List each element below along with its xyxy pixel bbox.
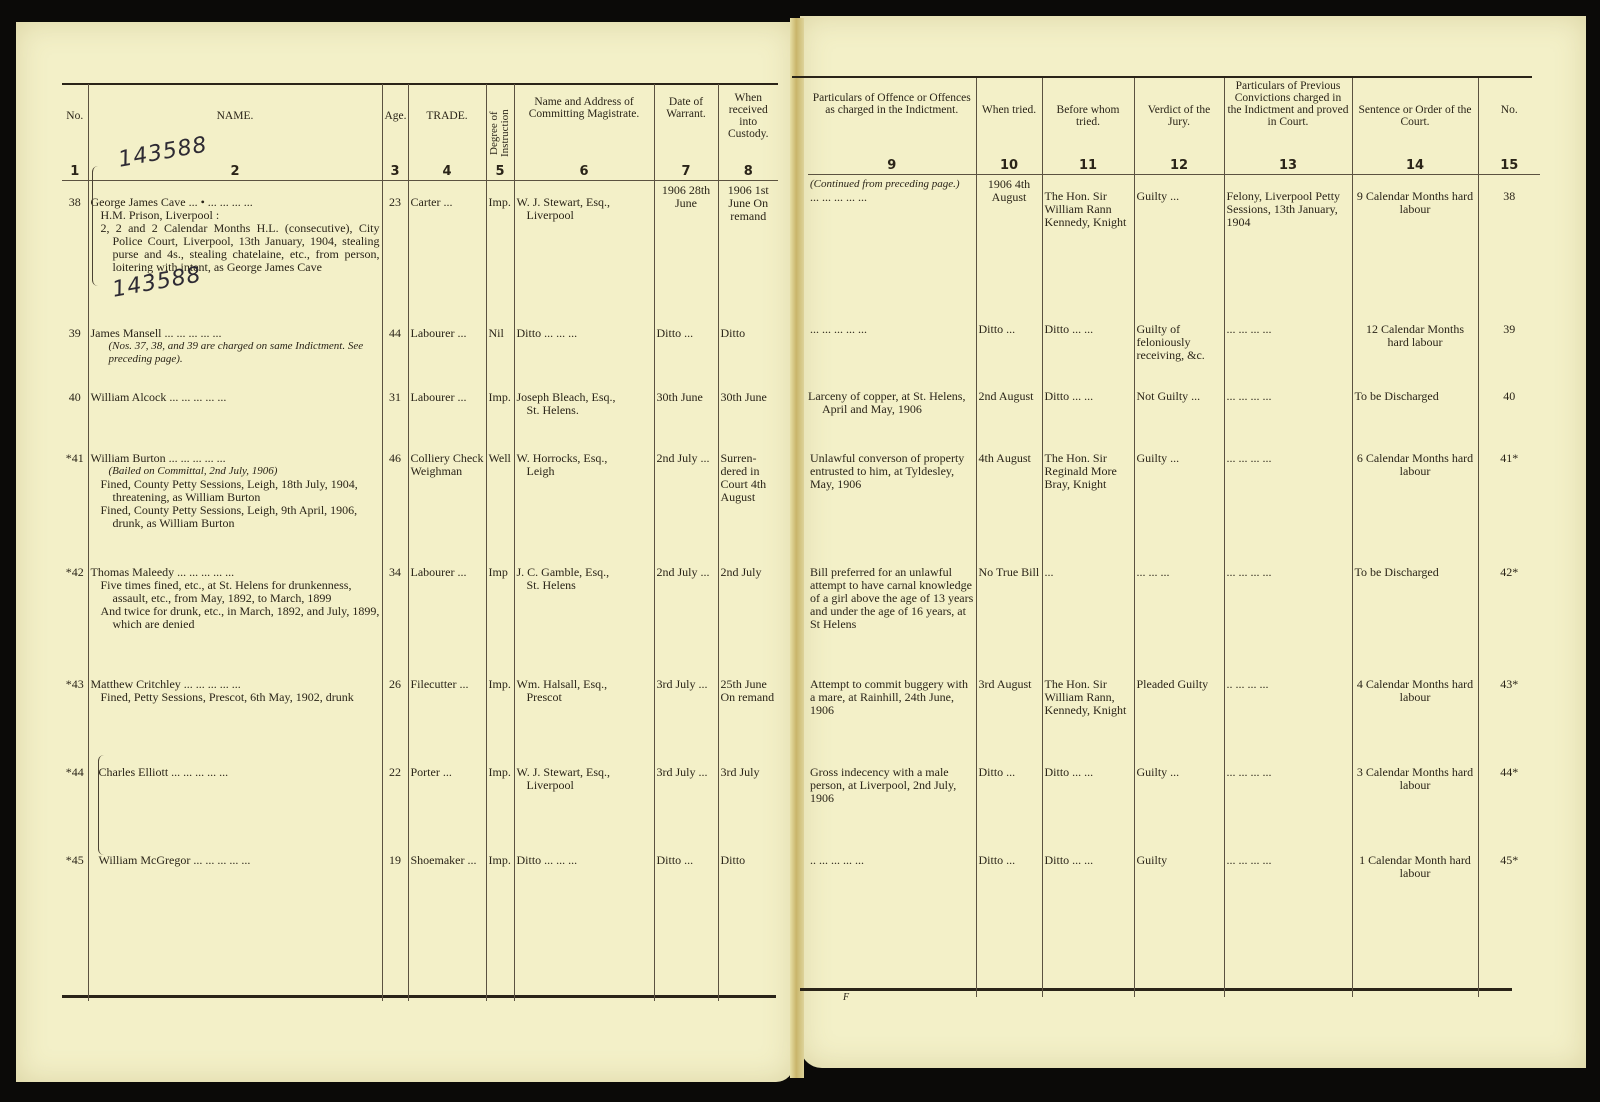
warrant-date: 2nd July ... — [654, 449, 718, 563]
trade: Colliery Check Weighman — [408, 449, 486, 563]
sentence: 3 Calendar Months hard labour — [1352, 763, 1478, 851]
prisoner-name: Matthew Critchley ... ... ... ... ... — [91, 677, 241, 691]
col-header-instruction: Degree of Instruction5 — [486, 84, 514, 181]
entry-number: *43 — [62, 675, 88, 763]
verdict: Guilty of feloniously receiving, &c. — [1134, 309, 1224, 387]
trade: Labourer ... — [408, 387, 486, 449]
judge: ... — [1042, 563, 1134, 675]
when-tried: No True Bill — [976, 563, 1042, 675]
when-tried: Ditto ... — [976, 851, 1042, 997]
previous-conviction: Five times fined, etc., at St. Helens fo… — [91, 579, 380, 605]
magistrate: W. Horrocks, Esq., — [517, 451, 608, 465]
table-row: Larceny of copper, at St. Helens, April … — [808, 387, 1540, 449]
prisoner-name: Charles Elliott ... ... ... ... ... — [88, 763, 382, 851]
when-tried: Ditto ... — [976, 763, 1042, 851]
warrant-date: Ditto ... — [654, 309, 718, 387]
col-header-age: Age.3 — [382, 84, 408, 181]
header-row: No.1 NAME.2 Age.3 TRADE.4 Degree of Inst… — [62, 84, 778, 181]
previous-conviction: Fined, Petty Sessions, Prescot, 6th May,… — [91, 691, 380, 704]
previous-convictions: ... ... ... ... — [1224, 763, 1352, 851]
col-header-no: No.15 — [1478, 78, 1540, 175]
magistrate: W. J. Stewart, Esq., — [517, 195, 611, 209]
entry-number: *41 — [62, 449, 88, 563]
table-row: 39 James Mansell ... ... ... ... ... (No… — [62, 309, 778, 387]
magistrate-place: Liverpool — [517, 779, 652, 792]
prisoner-name: William McGregor ... ... ... ... ... — [88, 851, 382, 1001]
judge: The Hon. Sir Reginald More Bray, Knight — [1042, 449, 1134, 563]
warrant-date: 3rd July ... — [654, 763, 718, 851]
age: 34 — [382, 563, 408, 675]
age: 26 — [382, 675, 408, 763]
entry-number: *44 — [62, 763, 88, 851]
judge: Ditto ... ... — [1042, 309, 1134, 387]
table-row: .. ... ... ... ... Ditto ... Ditto ... .… — [808, 851, 1540, 997]
verdict: Guilty ... — [1134, 449, 1224, 563]
judge: Ditto ... ... — [1042, 763, 1134, 851]
warrant-date: 1906 28th June — [654, 181, 718, 309]
instruction: Nil — [486, 309, 514, 387]
table-row: *41 William Burton ... ... ... ... ... (… — [62, 449, 778, 563]
previous-conviction: Fined, County Petty Sessions, Leigh, 9th… — [91, 504, 380, 530]
table-row: *44 Charles Elliott ... ... ... ... ... … — [62, 763, 778, 851]
prisoner-name-cell: Thomas Maleedy ... ... ... ... ... Five … — [88, 563, 382, 675]
judge: Ditto ... ... — [1042, 387, 1134, 449]
verdict: Guilty ... — [1134, 175, 1224, 309]
table-row: Gross indecency with a male person, at L… — [808, 763, 1540, 851]
magistrate-cell: Wm. Halsall, Esq.,Prescot — [514, 675, 654, 763]
instruction: Well — [486, 449, 514, 563]
trade: Shoemaker ... — [408, 851, 486, 1001]
prisoner-name-cell: James Mansell ... ... ... ... ... (Nos. … — [88, 309, 382, 387]
note: (Nos. 37, 38, and 39 are charged on same… — [91, 340, 380, 366]
previous-convictions: ... ... ... ... — [1224, 387, 1352, 449]
instruction: Imp. — [486, 763, 514, 851]
col-header-verdict: Verdict of the Jury.12 — [1134, 78, 1224, 175]
entry-number: 41* — [1478, 449, 1540, 563]
verdict: Not Guilty ... — [1134, 387, 1224, 449]
book-spine — [790, 18, 804, 1078]
age: 23 — [382, 181, 408, 309]
entry-number: 39 — [1478, 309, 1540, 387]
warrant-date: 2nd July ... — [654, 563, 718, 675]
custody-date: 2nd July — [718, 563, 778, 675]
magistrate-cell: W. J. Stewart, Esq.,Liverpool — [514, 763, 654, 851]
sentence: 9 Calendar Months hard labour — [1352, 175, 1478, 309]
entry-number: 40 — [62, 387, 88, 449]
age: 44 — [382, 309, 408, 387]
instruction: Imp. — [486, 851, 514, 1001]
instruction: Imp. — [486, 387, 514, 449]
custody-date: Surren-dered in Court 4th August — [718, 449, 778, 563]
entry-number: *45 — [62, 851, 88, 1001]
entry-number: *42 — [62, 563, 88, 675]
sentence: To be Discharged — [1352, 387, 1478, 449]
entry-number: 40 — [1478, 387, 1540, 449]
magistrate: Joseph Bleach, Esq., — [517, 390, 616, 404]
when-tried: 4th August — [976, 449, 1042, 563]
verdict: Guilty ... — [1134, 763, 1224, 851]
previous-convictions: .. ... ... ... — [1224, 675, 1352, 763]
previous-convictions: ... ... ... ... — [1224, 851, 1352, 997]
magistrate-place: Leigh — [517, 465, 652, 478]
when-tried: 1906 4th August — [976, 175, 1042, 309]
trade: Labourer ... — [408, 563, 486, 675]
previous-convictions: ... ... ... ... — [1224, 449, 1352, 563]
offence: Larceny of copper, at St. Helens, April … — [808, 387, 976, 419]
entry-number: 43* — [1478, 675, 1540, 763]
magistrate: Ditto ... ... ... — [514, 851, 654, 1001]
col-header-before-whom: Before whom tried.11 — [1042, 78, 1134, 175]
warrant-date: 30th June — [654, 387, 718, 449]
judge: The Hon. Sir William Rann, Kennedy, Knig… — [1042, 675, 1134, 763]
table-row: *42 Thomas Maleedy ... ... ... ... ... F… — [62, 563, 778, 675]
header-row: Particulars of Offence or Offences as ch… — [808, 78, 1540, 175]
left-register-table: No.1 NAME.2 Age.3 TRADE.4 Degree of Inst… — [62, 84, 778, 1001]
prisoner-name: George James Cave ... • ... ... ... ... — [91, 195, 253, 209]
custody-date: Ditto — [718, 851, 778, 1001]
magistrate: J. C. Gamble, Esq., — [517, 565, 610, 579]
col-header-trade: TRADE.4 — [408, 84, 486, 181]
previous-conviction: Fined, County Petty Sessions, Leigh, 18t… — [91, 478, 380, 504]
trade: Carter ... — [408, 181, 486, 309]
verdict: Guilty — [1134, 851, 1224, 997]
col-header-offence: Particulars of Offence or Offences as ch… — [808, 78, 976, 175]
table-row: *45 William McGregor ... ... ... ... ...… — [62, 851, 778, 1001]
entry-number: 38 — [62, 181, 88, 309]
trade: Filecutter ... — [408, 675, 486, 763]
offence: ... ... ... ... ... — [810, 190, 867, 204]
col-header-no: No.1 — [62, 84, 88, 181]
offence: Unlawful converson of property entrusted… — [808, 449, 976, 563]
warrant-date: Ditto ... — [654, 851, 718, 1001]
prisoner-name: Thomas Maleedy ... ... ... ... ... — [91, 565, 235, 579]
table-row: (Continued from preceding page.)... ... … — [808, 175, 1540, 309]
table-row: Bill preferred for an unlawful attempt t… — [808, 563, 1540, 675]
magistrate-cell: W. Horrocks, Esq.,Leigh — [514, 449, 654, 563]
when-tried: 2nd August — [976, 387, 1042, 449]
table-row: Unlawful converson of property entrusted… — [808, 449, 1540, 563]
prisoner-name-cell: Matthew Critchley ... ... ... ... ... Fi… — [88, 675, 382, 763]
col-header-warrant: Date of Warrant.7 — [654, 84, 718, 181]
offence: Attempt to commit buggery with a mare, a… — [808, 675, 976, 763]
judge: The Hon. Sir William Rann Kennedy, Knigh… — [1042, 175, 1134, 309]
magistrate-cell: J. C. Gamble, Esq.,St. Helens — [514, 563, 654, 675]
previous-conviction: And twice for drunk, etc., in March, 189… — [91, 605, 380, 631]
instruction: Imp. — [486, 181, 514, 309]
magistrate: W. J. Stewart, Esq., — [517, 765, 611, 779]
magistrate-cell: Joseph Bleach, Esq.,St. Helens. — [514, 387, 654, 449]
entry-number: 45* — [1478, 851, 1540, 997]
sentence: 4 Calendar Months hard labour — [1352, 675, 1478, 763]
prisoner-name-cell: William Burton ... ... ... ... ... (Bail… — [88, 449, 382, 563]
previous-convictions: ... ... ... ... — [1224, 309, 1352, 387]
entry-number: 38 — [1478, 175, 1540, 309]
when-tried: Ditto ... — [976, 309, 1042, 387]
prisoner-name: William Burton ... ... ... ... ... — [91, 451, 226, 465]
magistrate: Wm. Halsall, Esq., — [517, 677, 608, 691]
instruction: Imp. — [486, 675, 514, 763]
age: 46 — [382, 449, 408, 563]
age: 22 — [382, 763, 408, 851]
col-header-previous-convictions: Particulars of Previous Convictions char… — [1224, 78, 1352, 175]
offence-cell: (Continued from preceding page.)... ... … — [808, 175, 976, 309]
custody-date: 3rd July — [718, 763, 778, 851]
age: 19 — [382, 851, 408, 1001]
note: (Bailed on Committal, 2nd July, 1906) — [91, 465, 380, 478]
col-header-magistrate: Name and Address of Committing Magistrat… — [514, 84, 654, 181]
bracket-mark — [92, 166, 98, 286]
entry-number: 39 — [62, 309, 88, 387]
verdict: Pleaded Guilty — [1134, 675, 1224, 763]
magistrate-place: Prescot — [517, 691, 652, 704]
sentence: 1 Calendar Month hard labour — [1352, 851, 1478, 997]
offence: .. ... ... ... ... — [808, 851, 976, 997]
judge: Ditto ... ... — [1042, 851, 1134, 997]
trade: Labourer ... — [408, 309, 486, 387]
verdict: ... ... ... — [1134, 563, 1224, 675]
custody-date: 30th June — [718, 387, 778, 449]
previous-convictions: ... ... ... ... — [1224, 563, 1352, 675]
magistrate: Ditto ... ... ... — [514, 309, 654, 387]
magistrate-place: St. Helens. — [517, 404, 652, 417]
table-row: 40 William Alcock ... ... ... ... ... 31… — [62, 387, 778, 449]
table-row: *43 Matthew Critchley ... ... ... ... ..… — [62, 675, 778, 763]
bracket-mark — [98, 755, 104, 855]
previous-convictions: Felony, Liverpool Petty Sessions, 13th J… — [1224, 175, 1352, 309]
sentence: To be Discharged — [1352, 563, 1478, 675]
sentence: 6 Calendar Months hard labour — [1352, 449, 1478, 563]
warrant-date: 3rd July ... — [654, 675, 718, 763]
custody-date: Ditto — [718, 309, 778, 387]
offence: Bill preferred for an unlawful attempt t… — [808, 563, 976, 675]
table-row: Attempt to commit buggery with a mare, a… — [808, 675, 1540, 763]
col-header-sentence: Sentence or Order of the Court.14 — [1352, 78, 1478, 175]
col-header-when-tried: When tried.10 — [976, 78, 1042, 175]
custody-date: 1906 1st June On remand — [718, 181, 778, 309]
prisoner-name: James Mansell ... ... ... ... ... — [91, 326, 222, 340]
instruction: Imp — [486, 563, 514, 675]
prisoner-name: William Alcock ... ... ... ... ... — [88, 387, 382, 449]
previous-conviction: 2, 2 and 2 Calendar Months H.L. (consecu… — [91, 222, 380, 274]
signature-mark: F — [843, 992, 849, 1003]
when-tried: 3rd August — [976, 675, 1042, 763]
entry-number: 42* — [1478, 563, 1540, 675]
table-row: ... ... ... ... ... Ditto ... Ditto ... … — [808, 309, 1540, 387]
offence: Gross indecency with a male person, at L… — [808, 763, 976, 851]
col-header-custody: When received into Custody.8 — [718, 84, 778, 181]
right-register-table: Particulars of Offence or Offences as ch… — [808, 78, 1540, 997]
sentence: 12 Calendar Months hard labour — [1352, 309, 1478, 387]
magistrate-place: Liverpool — [517, 209, 652, 222]
trade: Porter ... — [408, 763, 486, 851]
magistrate-place: St. Helens — [517, 579, 652, 592]
age: 31 — [382, 387, 408, 449]
entry-number: 44* — [1478, 763, 1540, 851]
offence: ... ... ... ... ... — [808, 309, 976, 387]
custody-date: 25th June On remand — [718, 675, 778, 763]
magistrate-cell: W. J. Stewart, Esq.,Liverpool — [514, 181, 654, 309]
